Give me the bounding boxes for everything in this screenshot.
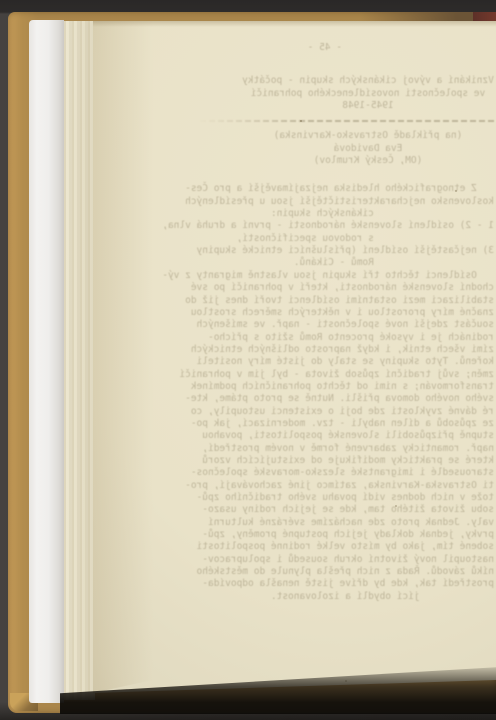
ghost-body-line: ti Ostravska-Karvinska, zatímco jiné zac… [118, 480, 494, 492]
ghost-body-line: kořenů. Tyto skupiny se staly do jisté m… [118, 356, 494, 368]
ghost-body-line: tože v nich dodnes vidí povahu svého tra… [118, 492, 494, 504]
ghost-body-line: cikánských skupin: [118, 208, 494, 220]
ghost-title-line-2: ve společnosti novosídleneckého pohranič… [242, 87, 494, 99]
ghost-body-line: Romů - Cikánů. [118, 257, 494, 269]
ghost-body-line: zími všech etnik, i když naprosto odlišn… [118, 344, 494, 356]
ghost-body-line: značné míry prorostlou i v některých smě… [118, 307, 494, 319]
ghost-body-line: prvky, jednak doklady jejich postupné pr… [118, 529, 494, 541]
ghost-body-line: ré dávné zvyklosti zde boji o existenci … [118, 406, 494, 418]
bleed-through-text-layer: - 45 - Vznikání a vývoj cikánských skupi… [118, 40, 494, 636]
ghost-body-line: nastoupil nový životní okruh sousedů i s… [118, 554, 494, 566]
ghost-body-line: chodní slovenské národnosti, kteří v poh… [118, 282, 494, 294]
ghost-body-line: prostředí tak, kde by dříve jistě nenašl… [118, 578, 494, 590]
ghost-body-line: např. romanticky zabarvené formě v novém… [118, 443, 494, 455]
ghost-page-number: - 45 - [118, 42, 494, 54]
ghost-body-line: koslovensko nejcharakterističtější jsou … [118, 196, 494, 208]
ghost-body-line: stupně přizpůsobili slovenské pospolitos… [118, 430, 494, 442]
ghost-author: Eva Davidová [242, 142, 494, 154]
ghost-body-line: jící obydlí a izolovanost. [118, 591, 494, 603]
ghost-body-line: součást zdejší nové společnosti - např. … [118, 319, 494, 331]
ghost-body-line: níků závodů. Řada z nich přešla plynule … [118, 566, 494, 578]
ghost-affiliation: (OM, Český Krumlov) [242, 154, 494, 166]
ghost-body-line: s rodovou specifičností, [118, 233, 494, 245]
ghost-body-line: valy. Jednak proto zde nacházíme svérázn… [118, 517, 494, 529]
ghost-body-line: rodinách je i vysoké procento Romů sžito… [118, 332, 494, 344]
ghost-body-line: 1 - 2) osídlení slovenské národnosti - p… [118, 220, 494, 232]
ghost-title-line-1: Vznikání a vývoj cikánských skupin - poč… [242, 74, 494, 86]
ghost-body-line: transformován; s nimi od těchto pohranič… [118, 381, 494, 393]
ghost-body-line: sobu života žitého tam, kde se jejich ro… [118, 504, 494, 516]
ghost-body-line: 3) nejčastější osídlení (příslušníci etn… [118, 245, 494, 257]
ghost-dashed-rule [190, 120, 494, 122]
ghost-body-line: které se prakticky modifikuje od existuj… [118, 455, 494, 467]
ghost-body-line: Z etnografického hlediska nejzajímavější… [118, 183, 494, 195]
ghost-body-line: Osídlenci těchto tří skupin jsou vlastně… [118, 270, 494, 282]
ghost-title-block: Vznikání a vývoj cikánských skupin - poč… [242, 74, 494, 111]
ghost-body-line: svého nového domova přišli. Nutně se pro… [118, 393, 494, 405]
ghost-body-line: starousedlé i imigrantské slezsko-moravs… [118, 467, 494, 479]
ghost-byline-block: (na příkladě Ostravsko-Karvinska) Eva Da… [242, 129, 494, 166]
ghost-dates: 1945-1948 [242, 99, 494, 111]
page-stack-fore-edge [29, 20, 64, 703]
ghost-body-text: Z etnografického hlediska nejzajímavější… [118, 183, 494, 603]
page-stack-cream-edges [64, 21, 95, 700]
ghost-body-line: změn; svůj tradiční způsob života - byl … [118, 369, 494, 381]
ghost-body-line: stabilizaci mezi ostatními osídlenci tvo… [118, 295, 494, 307]
ghost-subtitle: (na příkladě Ostravsko-Karvinska) [242, 129, 494, 141]
ghost-body-line: sobené tím, jako by místo velké rodinné … [118, 541, 494, 553]
page-top-shadow [93, 21, 496, 27]
ghost-body-line: ze způsobů a dílen nabyli - tzv. moderni… [118, 418, 494, 430]
